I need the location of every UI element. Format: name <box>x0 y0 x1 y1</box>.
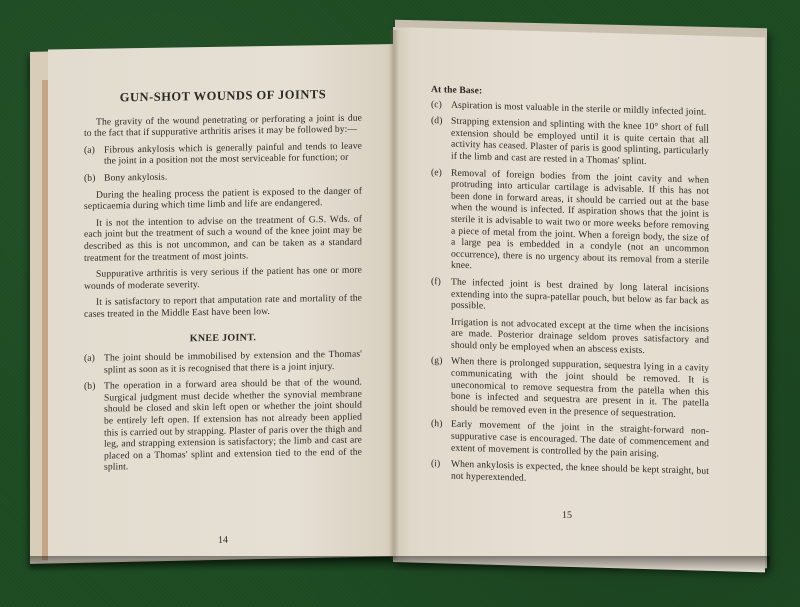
item-text: The operation in a forward area should b… <box>104 377 362 474</box>
list-item: (e) Removal of foreign bodies from the j… <box>431 167 709 279</box>
section-heading: KNEE JOINT. <box>84 330 362 346</box>
intro-paragraph: The gravity of the wound penetrating or … <box>84 112 362 140</box>
book-spine-gutter <box>389 30 399 560</box>
book-shadow <box>30 556 770 572</box>
item-text: The joint should be immobilised by exten… <box>104 349 362 376</box>
item-marker: (h) <box>431 418 451 453</box>
paragraph: It is not the intention to advise on the… <box>84 213 362 264</box>
page-number: 14 <box>48 532 398 548</box>
item-text: Fibrous ankylosis which is generally pai… <box>104 140 362 167</box>
list-item: (a) The joint should be immobilised by e… <box>84 349 362 377</box>
paragraph: During the healing process the patient i… <box>84 185 362 213</box>
list-item: (f) The infected joint is best drained b… <box>431 276 709 319</box>
left-page-content: GUN-SHOT WOUNDS OF JOINTS The gravity of… <box>84 89 362 479</box>
paragraph: It is satisfactory to report that amputa… <box>84 293 362 321</box>
item-text: Early movement of the joint in the strai… <box>451 419 709 461</box>
list-item: (h) Early movement of the joint in the s… <box>431 418 709 461</box>
right-page: At the Base: (c) Aspiration is most valu… <box>393 27 765 572</box>
list-item: (d) Strapping extension and splinting wi… <box>431 115 709 169</box>
item-marker: (i) <box>431 458 451 482</box>
page-number: 15 <box>393 505 753 526</box>
page-title: GUN-SHOT WOUNDS OF JOINTS <box>84 89 362 105</box>
item-marker: (b) <box>84 173 104 185</box>
item-marker: (d) <box>431 115 451 162</box>
list-item: (b) The operation in a forward area shou… <box>84 377 362 474</box>
list-item: (b) Bony ankylosis. <box>84 169 362 185</box>
item-text: Bony ankylosis. <box>104 169 362 185</box>
list-item: (a) Fibrous ankylosis which is generally… <box>84 140 362 168</box>
item-marker: (f) <box>431 276 451 311</box>
paragraph: Suppurative arthritis is very serious if… <box>84 265 362 293</box>
right-page-content: At the Base: (c) Aspiration is most valu… <box>431 84 709 494</box>
list-item: (i) When ankylosis is expected, the knee… <box>431 458 709 489</box>
item-text: Strapping extension and splinting with t… <box>451 116 709 170</box>
item-marker: (b) <box>84 381 104 474</box>
list-item: (g) When there is prolonged suppuration,… <box>431 356 709 422</box>
item-marker: (c) <box>431 99 451 111</box>
item-text: When there is prolonged suppuration, seq… <box>451 356 709 421</box>
item-text: When ankylosis is expected, the knee sho… <box>451 459 709 489</box>
item-marker: (g) <box>431 356 451 415</box>
item-marker: (a) <box>84 353 104 377</box>
left-page: GUN-SHOT WOUNDS OF JOINTS The gravity of… <box>48 44 398 561</box>
follow-up-paragraph: Irrigation is not advocated except at th… <box>451 316 709 358</box>
open-booklet: GUN-SHOT WOUNDS OF JOINTS The gravity of… <box>0 0 800 607</box>
item-marker: (a) <box>84 144 104 168</box>
item-text: Removal of foreign bodies from the joint… <box>451 167 709 279</box>
item-text: The infected joint is best drained by lo… <box>451 277 709 319</box>
item-marker: (e) <box>431 167 451 272</box>
